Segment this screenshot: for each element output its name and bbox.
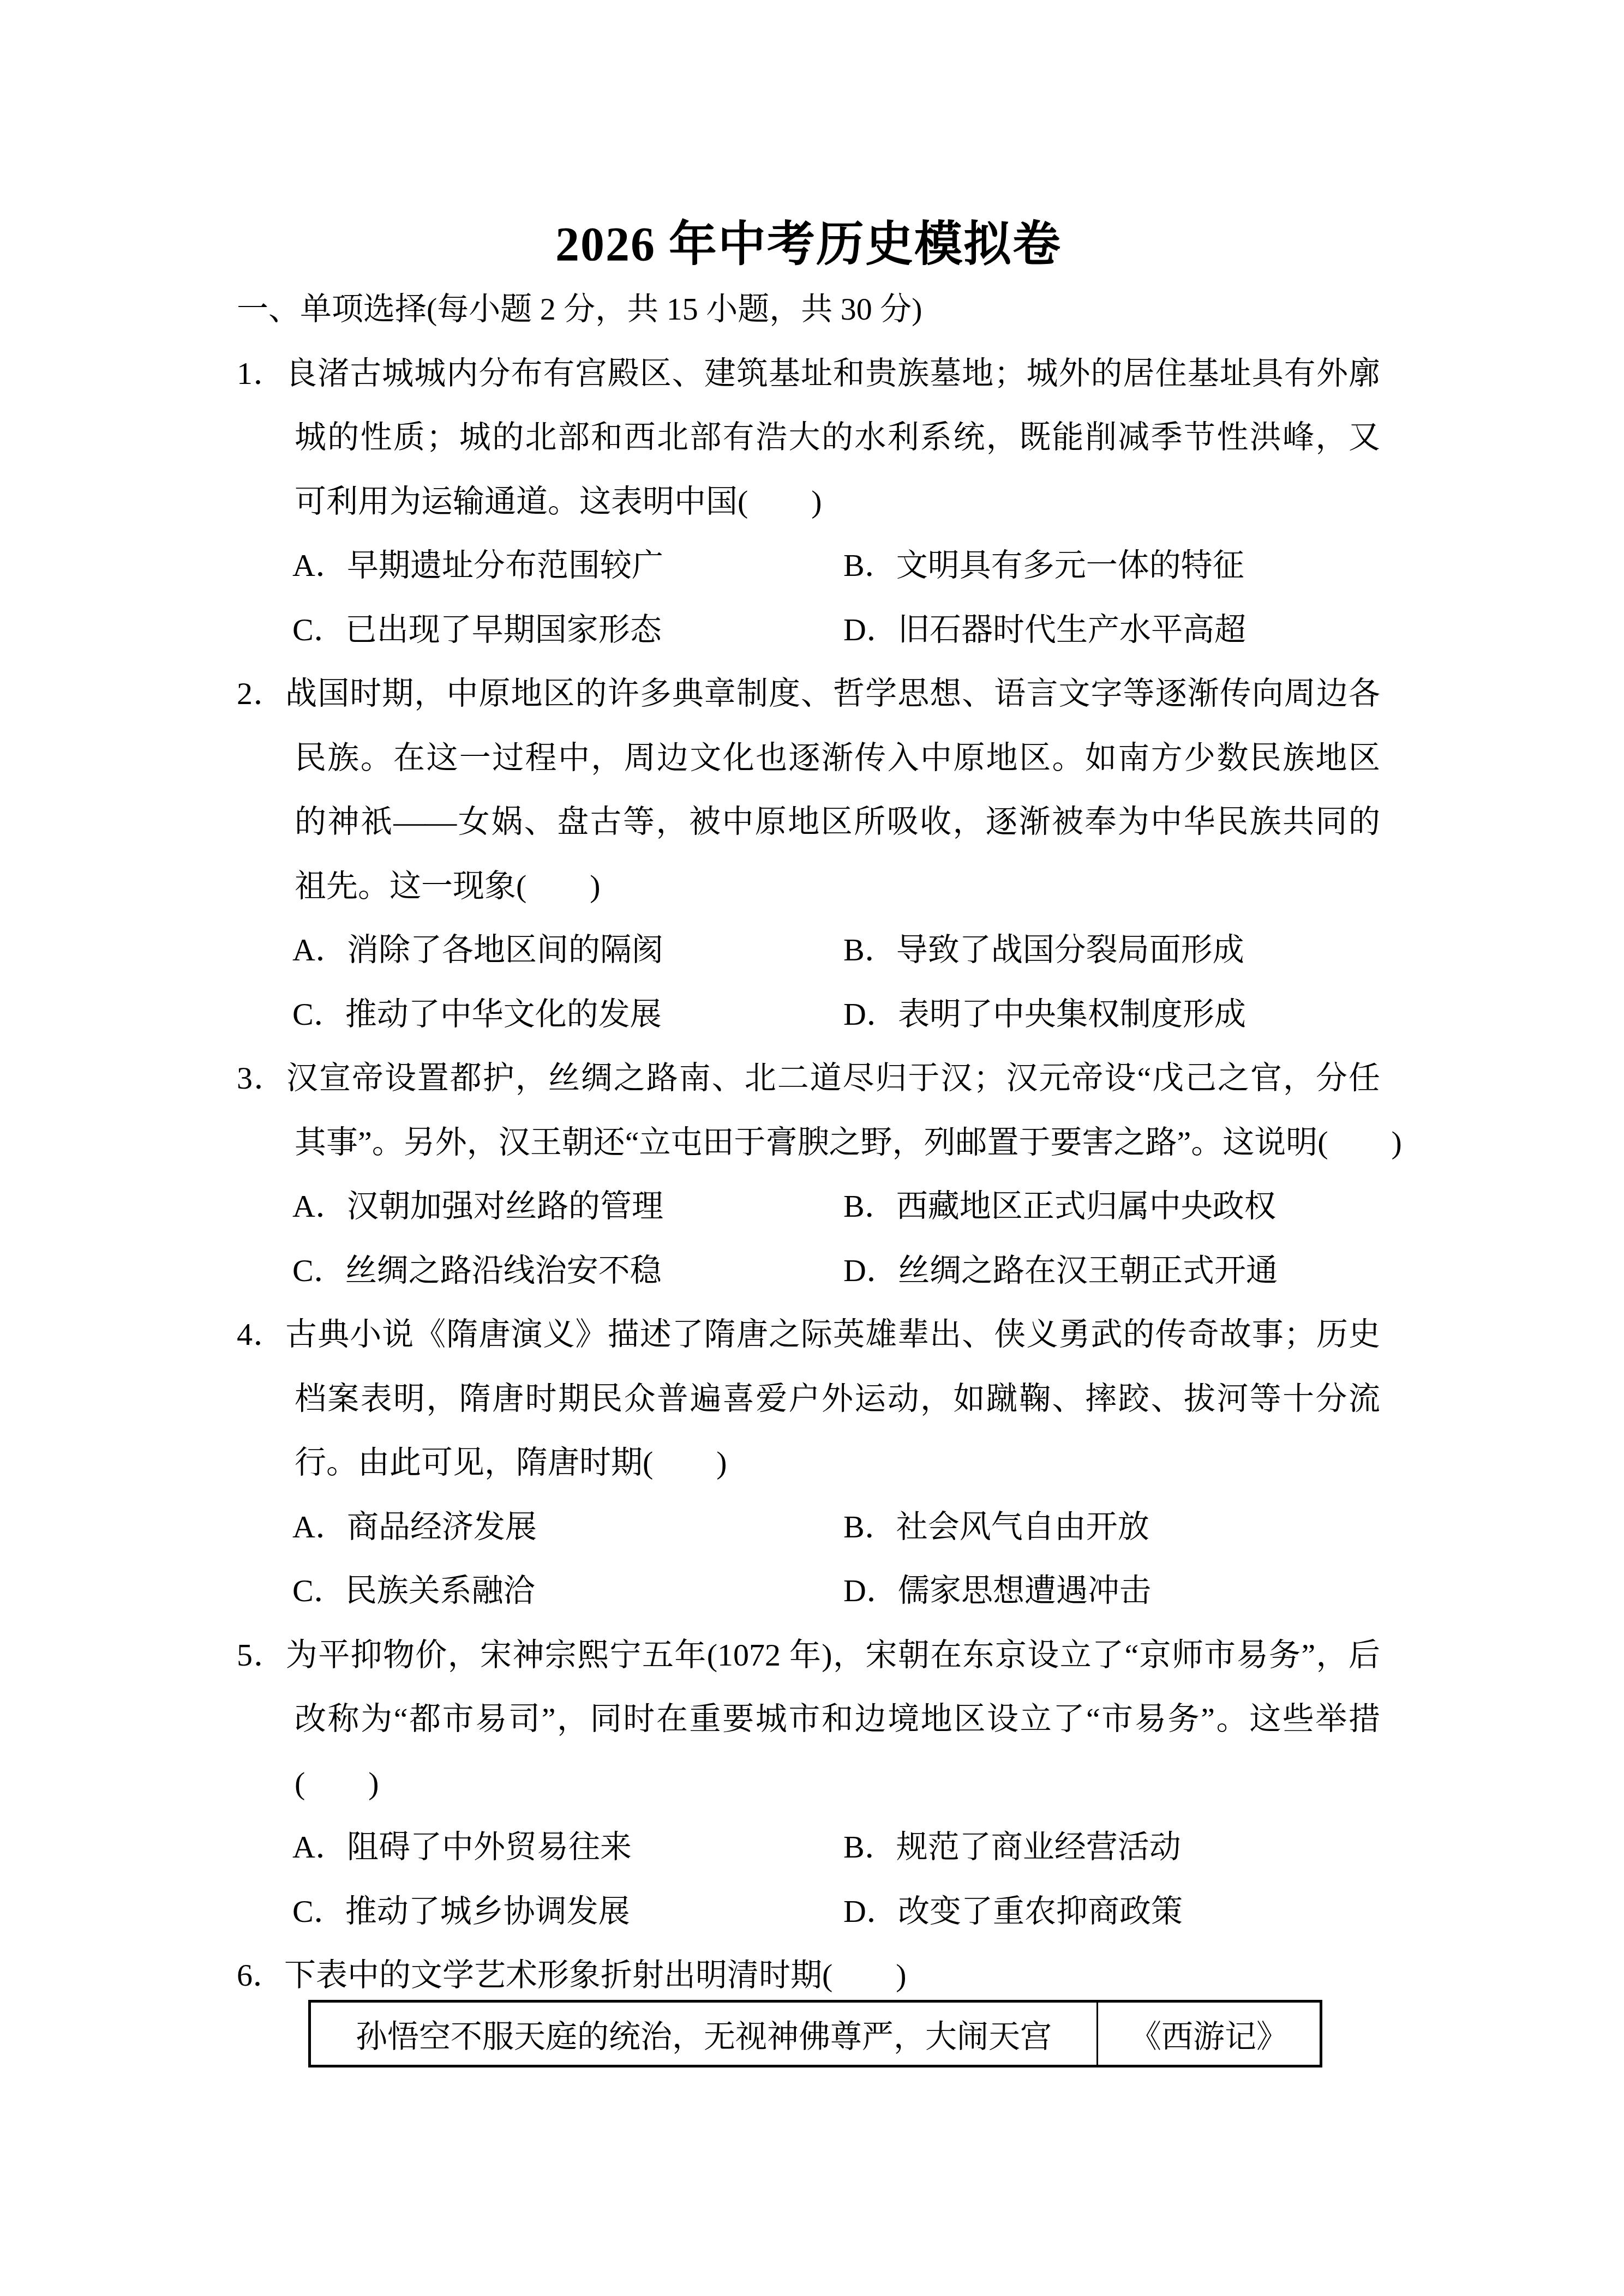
question-stem-line: 行。由此可见，隋唐时期( ) (237, 1431, 1380, 1495)
question-6: 6．下表中的文学艺术形象折射出明清时期( ) 孙悟空不服天庭的统治，无视神佛尊严… (237, 1943, 1380, 2067)
options-row: A．汉朝加强对丝路的管理B．西藏地区正式归属中央政权 (237, 1174, 1380, 1239)
question-stem-line: 2．战国时期，中原地区的许多典章制度、哲学思想、语言文字等逐渐传向周边各 (237, 662, 1380, 726)
question-stem-line: 改称为“都市易司”，同时在重要城市和边境地区设立了“市易务”。这些举措 (237, 1687, 1380, 1751)
options-row: C．推动了中华文化的发展D．表明了中央集权制度形成 (237, 982, 1380, 1047)
options-row: A．消除了各地区间的隔阂B．导致了战国分裂局面形成 (237, 918, 1380, 982)
option-d: D．丝绸之路在汉王朝正式开通 (843, 1239, 1278, 1303)
option-c: C．推动了中华文化的发展 (292, 982, 843, 1047)
question-stem-line: ( ) (237, 1751, 1380, 1816)
exam-content: 2026 年中考历史模拟卷 一、单项选择(每小题 2 分，共 15 小题，共 3… (237, 213, 1380, 2067)
question-1: 1．良渚古城城内分布有宫殿区、建筑基址和贵族墓地；城外的居住基址具有外廓 城的性… (237, 341, 1380, 662)
option-b: B．规范了商业经营活动 (843, 1815, 1181, 1879)
question-2: 2．战国时期，中原地区的许多典章制度、哲学思想、语言文字等逐渐传向周边各 民族。… (237, 662, 1380, 1046)
table-cell-description: 孙悟空不服天庭的统治，无视神佛尊严，大闹天宫 (310, 2001, 1098, 2066)
literary-figures-table: 孙悟空不服天庭的统治，无视神佛尊严，大闹天宫 《西游记》 (308, 2000, 1322, 2067)
option-c: C．已出现了早期国家形态 (292, 598, 843, 662)
page-title: 2026 年中考历史模拟卷 (237, 213, 1380, 277)
option-b: B．社会风气自由开放 (843, 1495, 1149, 1559)
option-c: C．民族关系融洽 (292, 1559, 843, 1623)
options-row: C．丝绸之路沿线治安不稳D．丝绸之路在汉王朝正式开通 (237, 1239, 1380, 1303)
option-c: C．推动了城乡协调发展 (292, 1879, 843, 1944)
question-stem-line: 4．古典小说《隋唐演义》描述了隋唐之际英雄辈出、侠义勇武的传奇故事；历史 (237, 1302, 1380, 1367)
option-a: A．商品经济发展 (292, 1495, 843, 1559)
options-row: C．推动了城乡协调发展D．改变了重农抑商政策 (237, 1879, 1380, 1944)
options-row: A．阻碍了中外贸易往来B．规范了商业经营活动 (237, 1815, 1380, 1879)
option-d: D．旧石器时代生产水平高超 (843, 598, 1246, 662)
question-stem-line: 的神祇——女娲、盘古等，被中原地区所吸收，逐渐被奉为中华民族共同的 (237, 790, 1380, 854)
option-a: A．消除了各地区间的隔阂 (292, 918, 843, 982)
question-stem-line: 3．汉宣帝设置都护，丝绸之路南、北二道尽归于汉；汉元帝设“戊己之官，分任 (237, 1046, 1380, 1110)
table-row: 孙悟空不服天庭的统治，无视神佛尊严，大闹天宫 《西游记》 (310, 2001, 1321, 2066)
question-stem-line: 可利用为运输通道。这表明中国( ) (237, 470, 1380, 534)
question-5: 5．为平抑物价，宋神宗熙宁五年(1072 年)，宋朝在东京设立了“京师市易务”，… (237, 1623, 1380, 1944)
option-b: B．导致了战国分裂局面形成 (843, 918, 1244, 982)
question-stem-line: 其事”。另外，汉王朝还“立屯田于膏腴之野，列邮置于要害之路”。这说明( ) (237, 1110, 1380, 1175)
question-stem-line: 档案表明，隋唐时期民众普遍喜爱户外运动，如蹴鞠、摔跤、拔河等十分流 (237, 1367, 1380, 1431)
options-row: C．已出现了早期国家形态D．旧石器时代生产水平高超 (237, 598, 1380, 662)
exam-page: 2026 年中考历史模拟卷 一、单项选择(每小题 2 分，共 15 小题，共 3… (0, 0, 1624, 2296)
question-3: 3．汉宣帝设置都护，丝绸之路南、北二道尽归于汉；汉元帝设“戊己之官，分任 其事”… (237, 1046, 1380, 1302)
question-stem-line: 城的性质；城的北部和西北部有浩大的水利系统，既能削减季节性洪峰，又 (237, 405, 1380, 470)
option-d: D．改变了重农抑商政策 (843, 1879, 1183, 1944)
options-row: A．商品经济发展B．社会风气自由开放 (237, 1495, 1380, 1559)
option-a: A．早期遗址分布范围较广 (292, 533, 843, 598)
table-cell-work: 《西游记》 (1098, 2001, 1321, 2066)
question-4: 4．古典小说《隋唐演义》描述了隋唐之际英雄辈出、侠义勇武的传奇故事；历史 档案表… (237, 1302, 1380, 1623)
option-b: B．文明具有多元一体的特征 (843, 533, 1244, 598)
option-c: C．丝绸之路沿线治安不稳 (292, 1239, 843, 1303)
option-d: D．儒家思想遭遇冲击 (843, 1559, 1151, 1623)
question-stem-line: 1．良渚古城城内分布有宫殿区、建筑基址和贵族墓地；城外的居住基址具有外廓 (237, 341, 1380, 406)
options-row: C．民族关系融洽D．儒家思想遭遇冲击 (237, 1559, 1380, 1623)
question-stem-line: 民族。在这一过程中，周边文化也逐渐传入中原地区。如南方少数民族地区 (237, 726, 1380, 790)
option-a: A．阻碍了中外贸易往来 (292, 1815, 843, 1879)
option-d: D．表明了中央集权制度形成 (843, 982, 1246, 1047)
question-stem-line: 5．为平抑物价，宋神宗熙宁五年(1072 年)，宋朝在东京设立了“京师市易务”，… (237, 1623, 1380, 1687)
question-stem-line: 6．下表中的文学艺术形象折射出明清时期( ) (237, 1943, 1380, 2008)
option-a: A．汉朝加强对丝路的管理 (292, 1174, 843, 1239)
options-row: A．早期遗址分布范围较广B．文明具有多元一体的特征 (237, 533, 1380, 598)
question-stem-line: 祖先。这一现象( ) (237, 854, 1380, 918)
section-header: 一、单项选择(每小题 2 分，共 15 小题，共 30 分) (237, 277, 1380, 341)
option-b: B．西藏地区正式归属中央政权 (843, 1174, 1276, 1239)
